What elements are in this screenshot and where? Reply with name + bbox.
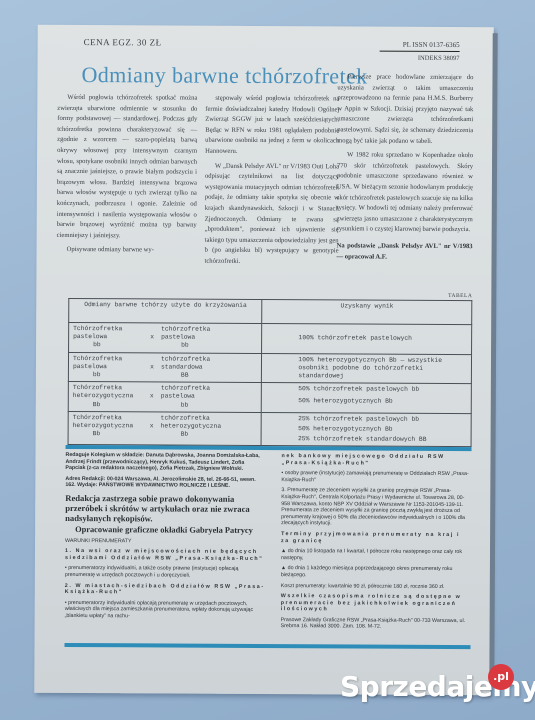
subscription-rule-2: 2. W miastach-siedzibach Oddziałów RSW „… [65,582,265,596]
printer-info: Prasowe Zakłady Graficzne RSW „Prasa-Ksi… [281,617,471,631]
parent-right: tchórzofretka pastelowa [161,385,231,402]
issn-number: PL ISSN 0137-6365 [380,41,460,52]
result-cell: 25% tchórzofretek pastelowych bb 50% het… [261,412,471,447]
magazine-page: CENA EGZ. 30 ZŁ PL ISSN 0137-6365 INDEKS… [34,25,493,695]
editorial-address: Adres Redakcji: 00-024 Warszawa, Al. Jer… [65,476,265,490]
editorial-notice: Redakcja zastrzega sobie prawo dokonywan… [65,493,265,524]
table-label: TABELA [448,293,472,299]
result-cell: 100% tchórzofretek pastelowych [262,323,472,354]
availability-note: Wszelkie czasopisma rolnicze są dostępne… [281,593,471,614]
table-row: Tchórzofretka pastelowabb x tchórzofretk… [69,322,472,354]
paragraph: W „Dansk Pelsdyr AVL" nr V/1983 Outi Loh… [204,161,339,268]
subscription-title: WARUNKI PRENUMERATY [65,538,265,546]
issn-block: PL ISSN 0137-6365 INDEKS 38097 [380,41,460,62]
cross-symbol: x [143,363,161,371]
parent-left: Tchórzofretka pastelowa [73,355,143,372]
parent-left: Tchórzofretka heterozygotyczna [73,384,143,401]
result-line: 50% heterozygotycznych Bb [298,398,467,407]
cross-cell: Tchórzofretka pastelowabb x tchórzofretk… [69,322,263,353]
crossing-table: Odmiany barwne tchórzy użyte do krzyżowa… [68,298,473,448]
parent-left: Tchórzofretka heterozygotyczna [73,414,143,431]
cross-cell: Tchórzofretka heterozygotycznaBb x tchór… [68,411,262,446]
paragraph: Opisywane odmiany barwne wy- [57,245,197,256]
paragraph: Wśród pogłowia tchórzofretek spotkać moż… [57,93,198,242]
genotype: bb [161,342,231,351]
parent-left: Tchórzofretka pastelowa [73,325,143,342]
cross-symbol: x [143,422,161,430]
paragraph: stępowały wśród pogłowia tchórzofretek n… [205,94,339,158]
result-line: 50% tchórzofretek pastelowych bb [298,385,467,394]
genotype: bb [161,401,231,410]
result-line: 25% tchórzofretek pastelowych bb [298,415,467,424]
cover-design-credit: Opracowanie graficzne okładki Gabryela P… [65,527,265,535]
cross-symbol: x [143,393,161,401]
subscription-rule-bank: nek bankowy miejscowego Oddziału RSW „Pr… [281,453,471,467]
genotype: bb [73,371,143,380]
table-header-crossing: Odmiany barwne tchórzy użyte do krzyżowa… [69,298,263,323]
subscription-rule-1: 1. Na wsi oraz w miejscowościach nie będ… [65,548,265,562]
result-cell: 100% heterozygotycznych Bb — wszystkie o… [262,353,472,384]
article-column-1: Wśród pogłowia tchórzofretek spotkać moż… [57,93,198,261]
divider-bar-top [66,445,472,451]
genotype: BB [161,371,231,380]
subscription-cost: Koszt prenumeraty: kwartalnie 90 zł, pół… [281,583,471,591]
parent-right: tchórzofretka pastelowa [161,325,231,342]
cross-symbol: x [143,334,161,342]
price-label: CENA EGZ. 30 ZŁ [84,37,162,47]
cross-cell: Tchórzofretka heterozygotycznaBb x tchór… [68,382,262,413]
result-cell: 50% tchórzofretek pastelowych bb 50% het… [262,383,472,414]
deadline-a: ▲ do dnia 10 listopada na I kwartał, I p… [281,548,471,562]
page-edge [489,33,497,683]
paragraph: W 1982 roku sprzedano w Kopenhadze około… [337,151,473,236]
deadline-b: ▲ do dnia 1 każdego miesiąca poprzedzają… [281,565,471,579]
subscription-deadlines-title: Terminy przyjmowania prenumeraty na kraj… [281,531,471,545]
table-row: Tchórzofretka heterozygotycznaBb x tchór… [68,411,471,447]
cross-cell: Tchórzofretka pastelowabb x tchórzofretk… [68,352,262,383]
subscription-rule-1a: • prenumeratorzy indywidualni, a także o… [65,565,265,579]
result-line: 100% heterozygotycznych Bb — wszystkie o… [298,356,467,381]
subscription-rule-2a: • prenumeratorzy indywidualni opłacają p… [65,600,265,621]
divider-bar-bottom [64,643,470,649]
editorial-board: Redaguje Kolegium w składzie: Danuta Dąb… [65,452,265,473]
result-line: 50% heterozygotycznych Bb [298,425,467,434]
watermark-badge: .pl [488,664,514,690]
table-row: Tchórzofretka pastelowabb x tchórzofretk… [68,352,471,384]
footer-right: nek bankowy miejscowego Oddziału RSW „Pr… [281,453,472,635]
genotype: Bb [73,401,143,410]
table-row: Tchórzofretka heterozygotycznaBb x tchór… [68,382,471,414]
article-title: Odmiany barwne tchórzofretek [81,62,367,89]
genotype: Bb [161,431,231,440]
article-column-3: Pierwsze prace hodowlane zmierzające do … [336,72,473,267]
indeks-number: INDEKS 38097 [380,55,460,62]
parent-right: tchórzofretka heterozygotyczna [161,414,231,431]
subscription-rule-3: 3. Prenumeratę ze zleceniem wysyłki za g… [281,487,471,528]
result-line: 25% tchórzofretek standardowych BB [298,435,467,444]
result-line: 100% tchórzofretek pastelowych [299,334,468,343]
parent-right: tchórzofretka standardowa [161,355,231,372]
paragraph: Pierwsze prace hodowlane zmierzające do … [337,72,473,147]
genotype: Bb [73,430,143,439]
table-header-result: Uzyskany wynik [262,299,472,324]
article-credit: Na podstawie „Dansk Pelsdyr AVL" nr V/19… [337,241,473,263]
subscription-rule-institutions: • osoby prawne (instytucje) zamawiają pr… [281,470,471,484]
article-column-2: stępowały wśród pogłowia tchórzofretek n… [204,94,339,272]
footer-left: Redaguje Kolegium w składzie: Danuta Dąb… [65,452,266,625]
genotype: bb [73,341,143,350]
